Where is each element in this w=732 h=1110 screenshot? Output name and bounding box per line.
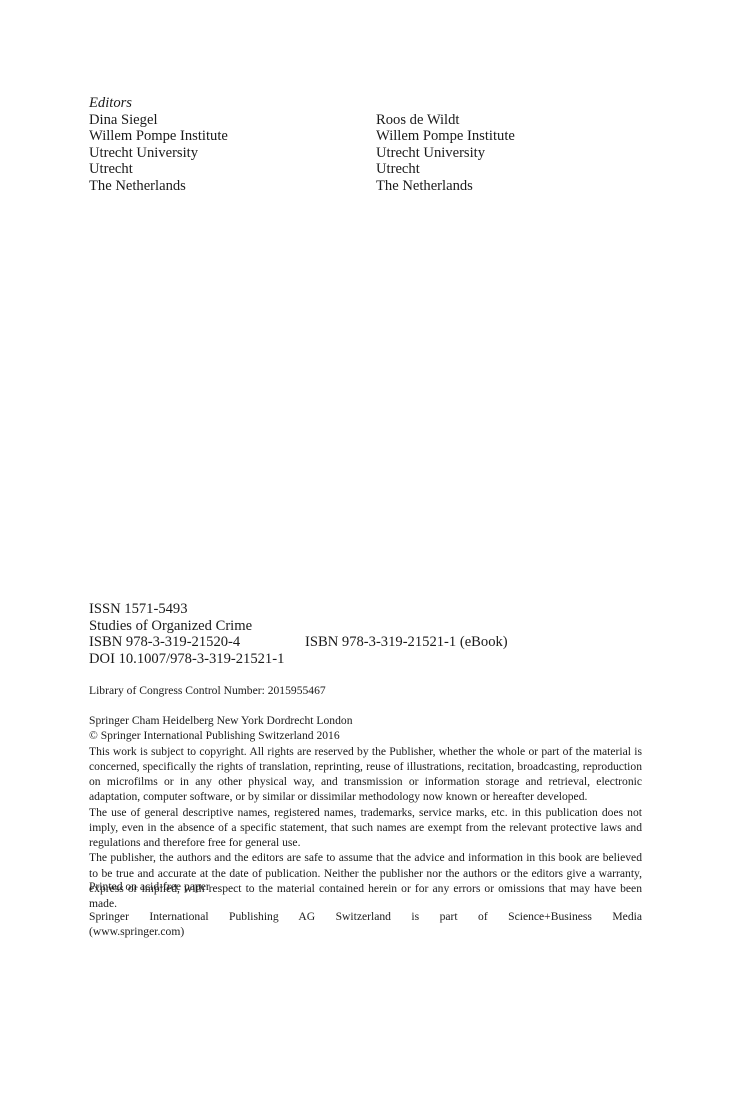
paper-note: Printed on acid-free paper [89, 879, 642, 894]
isbn-print: ISBN 978-3-319-21520-4 [89, 634, 240, 650]
editor-left: Dina Siegel Willem Pompe Institute Utrec… [89, 112, 228, 195]
editor-country: The Netherlands [376, 178, 515, 195]
isbn-row: ISBN 978-3-319-21520-4 ISBN 978-3-319-21… [89, 634, 649, 651]
doi: DOI 10.1007/978-3-319-21521-1 [89, 651, 649, 668]
springer-note-line1: Springer International Publishing AG Swi… [89, 909, 642, 924]
editor-right: Roos de Wildt Willem Pompe Institute Utr… [376, 112, 515, 195]
rights-paragraph: This work is subject to copyright. All r… [89, 744, 642, 805]
paper-note-text: Printed on acid-free paper [89, 879, 642, 894]
editor-name: Dina Siegel [89, 112, 228, 129]
names-paragraph: The use of general descriptive names, re… [89, 805, 642, 851]
editors-section: Editors Dina Siegel Willem Pompe Institu… [89, 95, 649, 196]
editor-name: Roos de Wildt [376, 112, 515, 129]
editor-columns: Dina Siegel Willem Pompe Institute Utrec… [89, 112, 649, 196]
series-title: Studies of Organized Crime [89, 618, 649, 635]
editor-country: The Netherlands [89, 178, 228, 195]
bibliographic-info: ISSN 1571-5493 Studies of Organized Crim… [89, 601, 649, 667]
editor-city: Utrecht [376, 161, 515, 178]
editor-institute: Willem Pompe Institute [89, 128, 228, 145]
lccn: Library of Congress Control Number: 2015… [89, 683, 642, 698]
isbn-ebook: ISBN 978-3-319-21521-1 (eBook) [305, 634, 508, 651]
copyright-line: © Springer International Publishing Swit… [89, 728, 642, 743]
issn: ISSN 1571-5493 [89, 601, 649, 618]
editors-label: Editors [89, 95, 649, 112]
editor-city: Utrecht [89, 161, 228, 178]
editor-university: Utrecht University [376, 145, 515, 162]
editor-university: Utrecht University [89, 145, 228, 162]
editor-institute: Willem Pompe Institute [376, 128, 515, 145]
springer-note: Springer International Publishing AG Swi… [89, 909, 642, 940]
lccn-text: Library of Congress Control Number: 2015… [89, 683, 642, 698]
publisher-locations: Springer Cham Heidelberg New York Dordre… [89, 713, 642, 728]
springer-url: (www.springer.com) [89, 924, 642, 939]
